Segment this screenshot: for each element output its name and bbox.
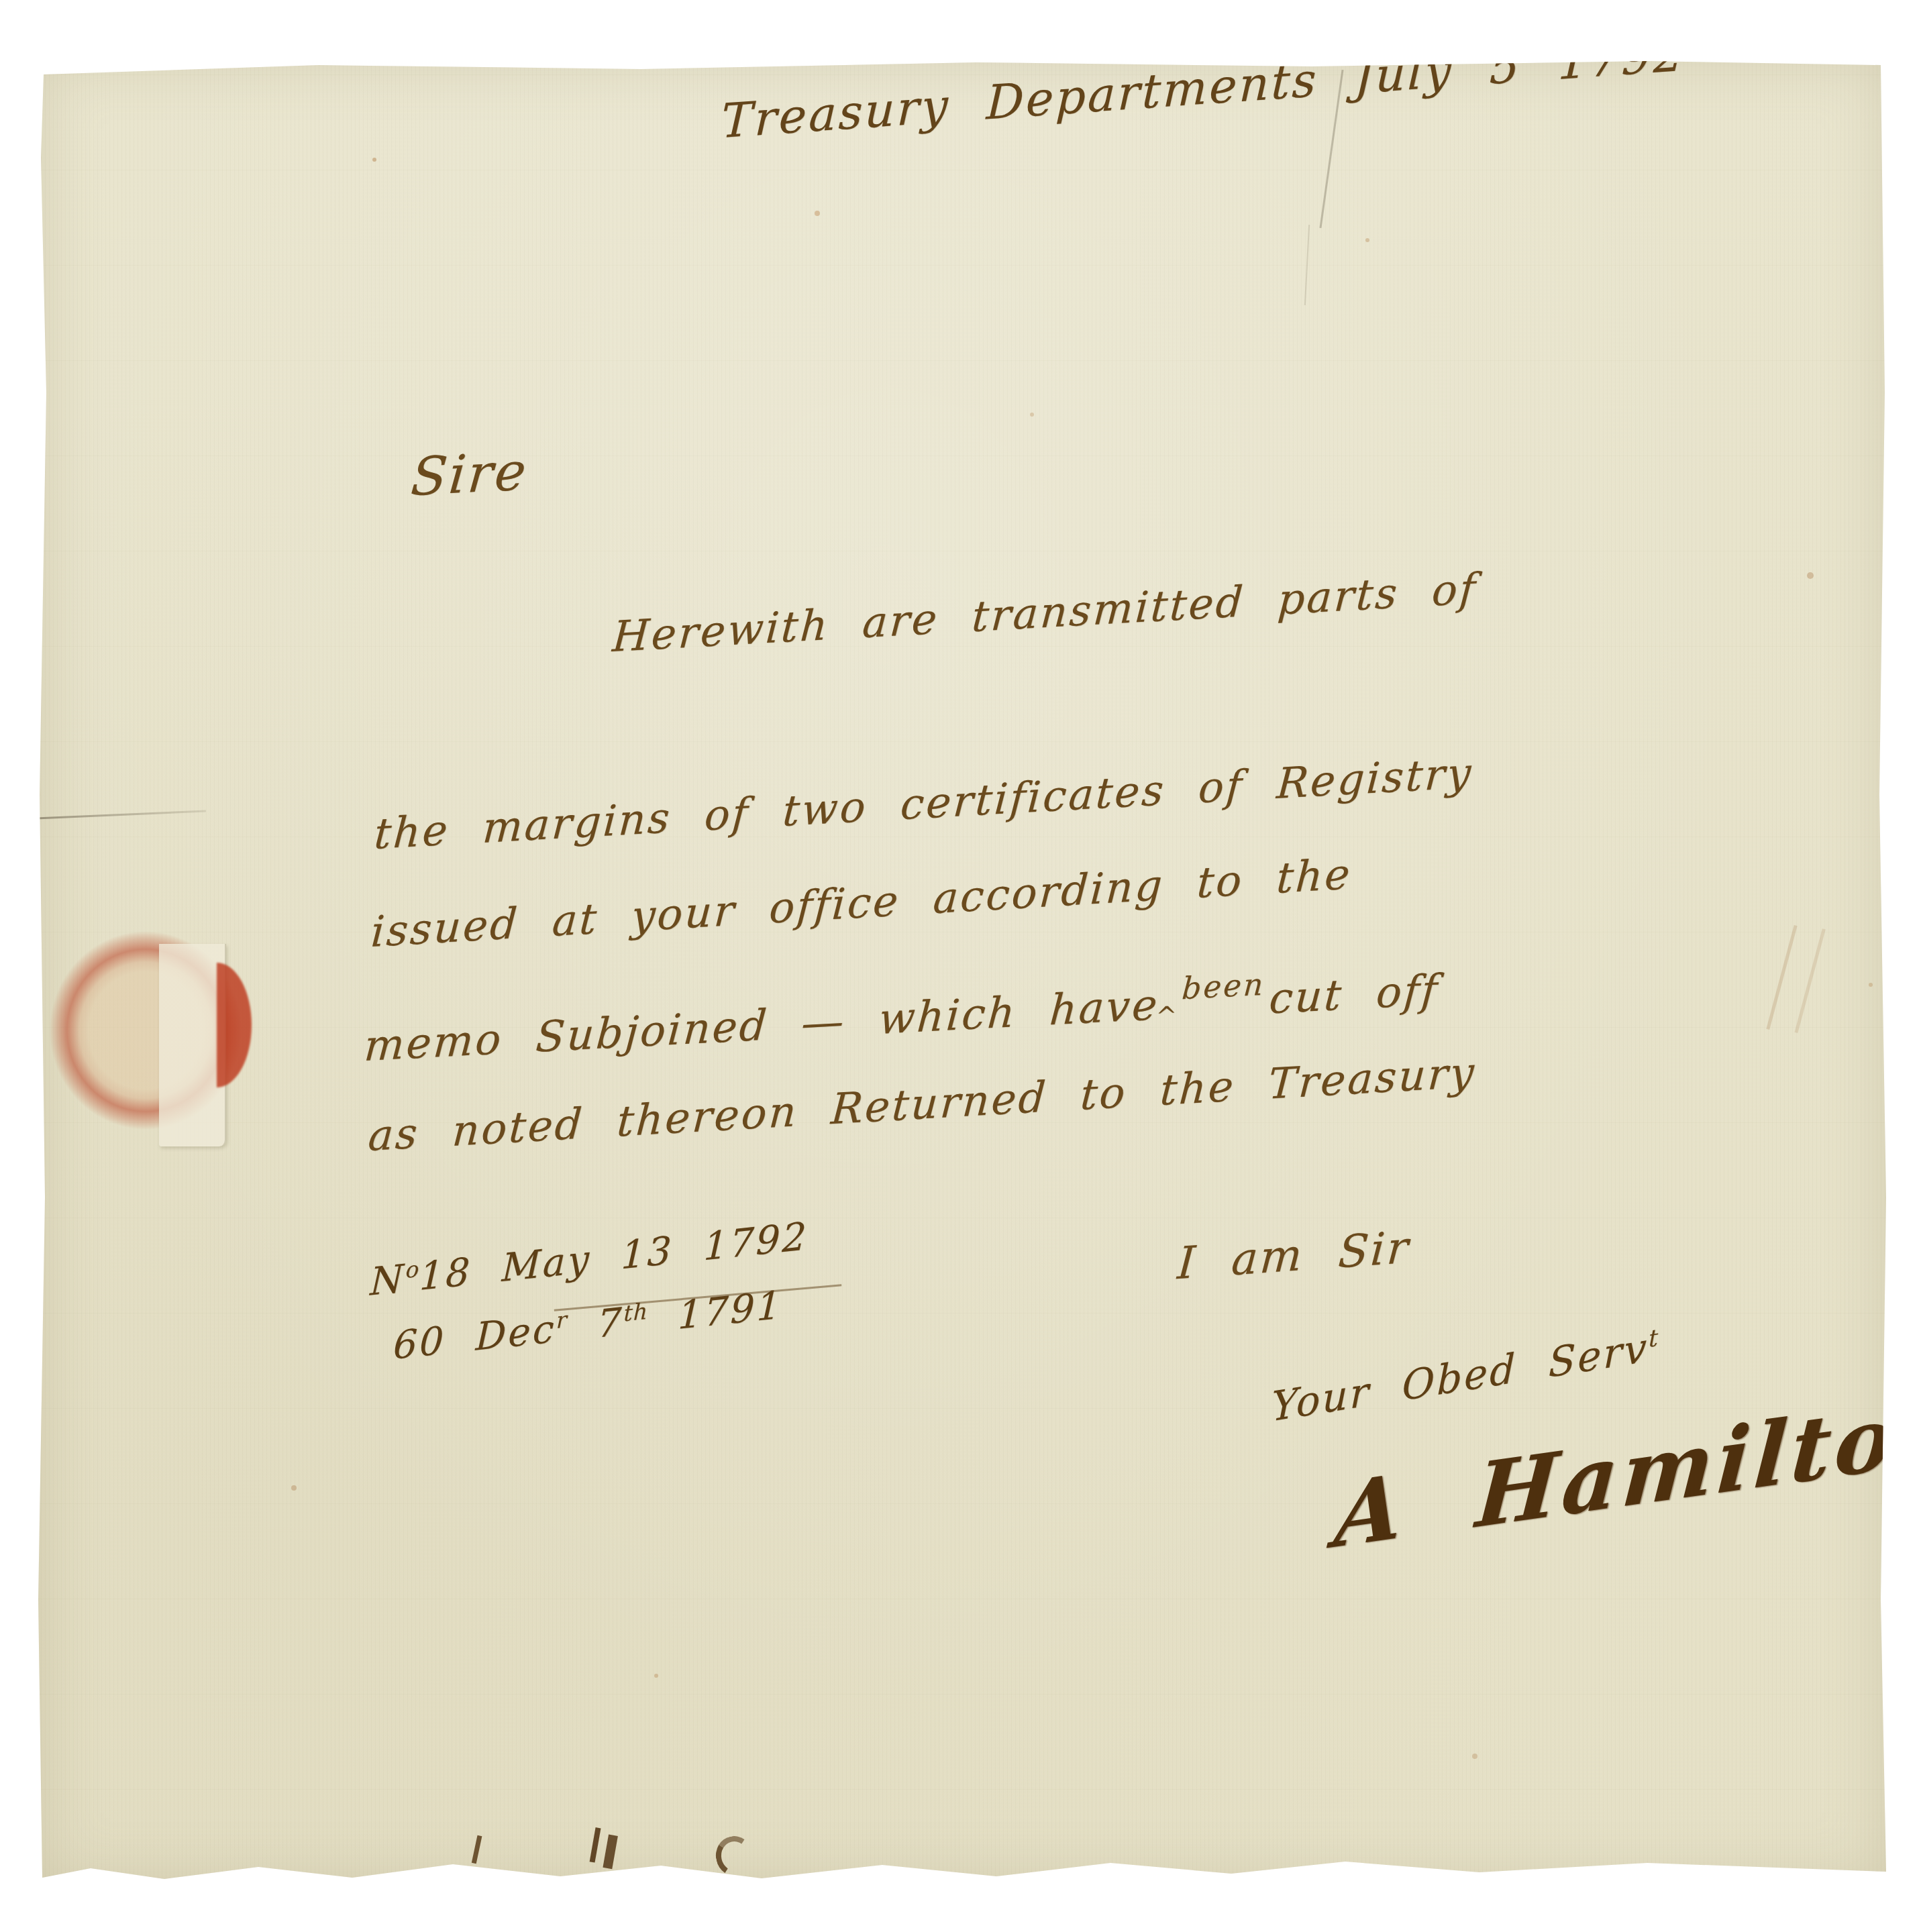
- wax-seal-red-crescent: [217, 963, 252, 1087]
- letter-photo: Treasury Departments July 5 1792 Sire He…: [0, 0, 1921, 1932]
- salutation: Sire: [409, 441, 531, 508]
- note1-sup: o: [405, 1256, 420, 1284]
- body-line-4-text: memo Subjoined — which have: [362, 980, 1161, 1071]
- dateline: Treasury Departments July 5 1792: [721, 26, 1687, 149]
- body-line-5: as noted thereon Returned to the Treasur…: [367, 1048, 1477, 1161]
- insertion-caret: ^: [1155, 1001, 1180, 1032]
- obed-sup: t: [1649, 1324, 1659, 1353]
- note2-pre: 60 Dec: [393, 1307, 557, 1368]
- note1-n: N: [370, 1256, 407, 1305]
- paper-crack-top-lower: [1304, 225, 1310, 305]
- cutoff-text-fragment-2: [590, 1827, 607, 1864]
- cutoff-text-fragment-3: [712, 1833, 757, 1880]
- paper-tear-left: [37, 810, 206, 820]
- body-line-4-end: cut off: [1267, 965, 1441, 1024]
- body-line-4: memo Subjoined — which have^beencut off: [362, 965, 1441, 1071]
- letter-paper: Treasury Departments July 5 1792 Sire He…: [37, 57, 1889, 1885]
- body-line-1: Herewith are transmitted parts of: [611, 564, 1479, 661]
- foxing-spots: [372, 158, 376, 162]
- closing-your-obedient-servant: Your Obed Servt: [1271, 1322, 1659, 1431]
- cutoff-text-fragment-1: [472, 1835, 488, 1866]
- obed-text: Your Obed Serv: [1271, 1324, 1649, 1431]
- body-line-3: issued at your office according to the: [370, 849, 1353, 957]
- body-line-2: the margins of two certificates of Regis…: [373, 748, 1475, 859]
- inserted-word: been: [1181, 966, 1266, 1006]
- ink-showthrough: [1766, 925, 1797, 1030]
- closing-i-am-sir: I am Sir: [1176, 1221, 1412, 1289]
- wax-seal-paper-patch: [159, 944, 226, 1146]
